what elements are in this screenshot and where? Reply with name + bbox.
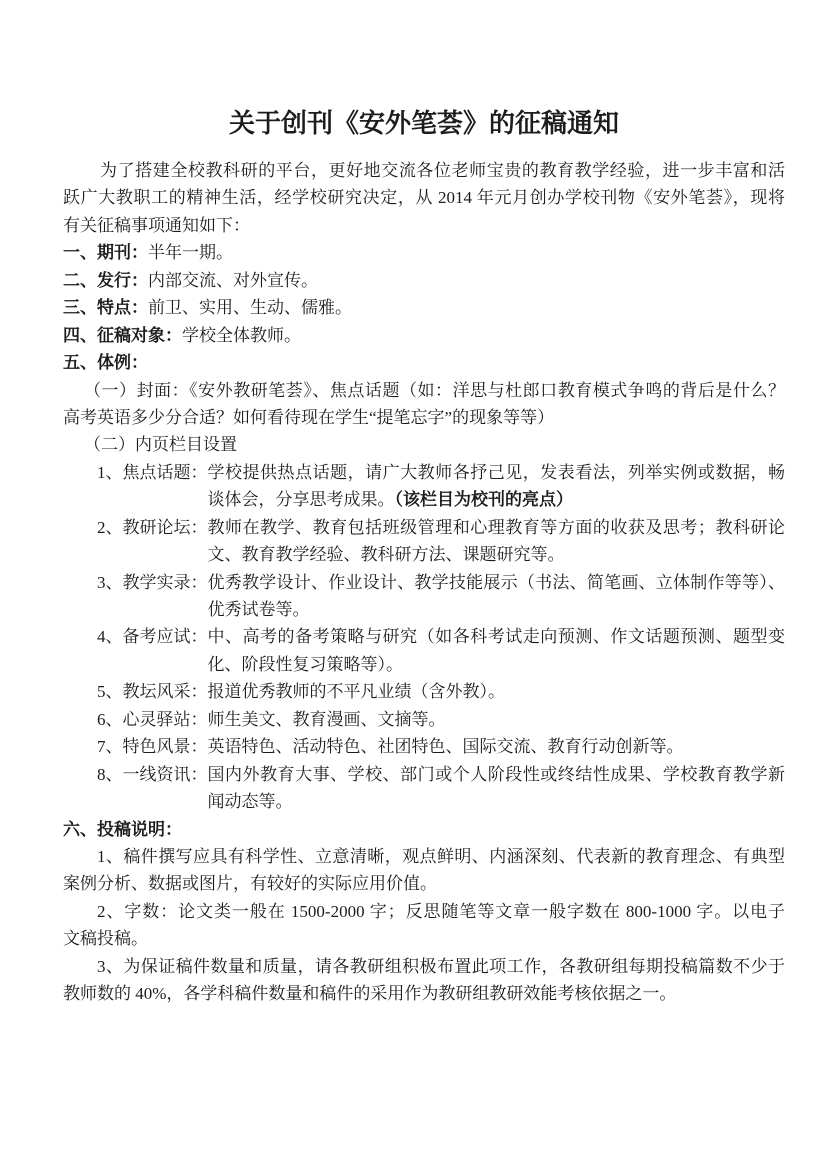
section-label: 二、发行： <box>63 271 148 290</box>
column-item-5: 5、教坛风采： 报道优秀教师的不平凡业绩（含外教）。 <box>63 678 785 705</box>
section-label: 四、征稿对象： <box>63 326 182 345</box>
section-text: 前卫、实用、生动、儒雅。 <box>148 298 352 317</box>
column-label: 6、心灵驿站： <box>97 706 208 733</box>
column-item-1: 1、焦点话题： 学校提供热点话题，请广大教师各抒己见，发表看法，列举实例或数据，… <box>63 459 785 514</box>
submission-p1-line-1: 1、稿件撰写应具有科学性、立意清晰，观点鲜明、内涵深刻、代表新的教育理念、有典型 <box>63 843 785 870</box>
submission-p2-line-1: 2、字数：论文类一般在 1500-2000 字；反思随笔等文章一般字数在 800… <box>63 898 785 925</box>
column-body: 学校提供热点话题，请广大教师各抒己见，发表看法，列举实例或数据，畅 谈体会，分享… <box>208 459 786 514</box>
submission-p2-line-2: 文稿投稿。 <box>63 925 785 952</box>
column-body: 英语特色、活动特色、社团特色、国际交流、教育行动创新等。 <box>208 733 786 760</box>
submission-p3-line-2: 教师数的 40%，各学科稿件数量和稿件的采用作为教研组教研效能考核依据之一。 <box>63 980 785 1007</box>
section-label: 一、期刊： <box>63 243 148 262</box>
section-heading-journal: 一、期刊：半年一期。 <box>63 239 785 266</box>
section-text: 学校全体教师。 <box>182 326 301 345</box>
section-text: 内部交流、对外宣传。 <box>148 271 318 290</box>
intro-line-3: 有关征稿事项通知如下： <box>63 212 785 239</box>
intro-line-2: 跃广大教职工的精神生活，经学校研究决定，从 2014 年元月创办学校刊物《安外笔… <box>63 184 785 211</box>
column-line: 学校提供热点话题，请广大教师各抒己见，发表看法，列举实例或数据，畅 <box>208 459 786 486</box>
column-item-4: 4、备考应试： 中、高考的备考策略与研究（如各科考试走向预测、作文话题预测、题型… <box>63 623 785 678</box>
column-label: 5、教坛风采： <box>97 678 208 705</box>
column-body: 中、高考的备考策略与研究（如各科考试走向预测、作文话题预测、题型变 化、阶段性复… <box>208 623 786 678</box>
column-body: 优秀教学设计、作业设计、教学技能展示（书法、简笔画、立体制作等等）、 优秀试卷等… <box>208 569 786 624</box>
section-label: 三、特点： <box>63 298 148 317</box>
document-page: 关于创刊《安外笔荟》的征稿通知 为了搭建全校教科研的平台，更好地交流各位老师宝贵… <box>0 0 827 1169</box>
column-item-7: 7、特色风景： 英语特色、活动特色、社团特色、国际交流、教育行动创新等。 <box>63 733 785 760</box>
cover-line-2: 高考英语多少分合适？如何看待现在学生“提笔忘字”的现象等等） <box>63 404 785 431</box>
column-body: 国内外教育大事、学校、部门或个人阶段性或终结性成果、学校教育教学新 闻动态等。 <box>208 761 786 816</box>
column-line: 教师在教学、教育包括班级管理和心理教育等方面的收获及思考；教科研论 <box>208 514 786 541</box>
column-item-3: 3、教学实录： 优秀教学设计、作业设计、教学技能展示（书法、简笔画、立体制作等等… <box>63 569 785 624</box>
column-line: 文、教育教学经验、教科研方法、课题研究等。 <box>208 541 786 568</box>
column-line: 优秀试卷等。 <box>208 596 786 623</box>
submission-p1-line-2: 案例分析、数据或图片，有较好的实际应用价值。 <box>63 870 785 897</box>
column-label: 8、一线资讯： <box>97 761 208 788</box>
cover-line-1: （一）封面：《安外教研笔荟》、焦点话题（如：洋思与杜郎口教育模式争鸣的背后是什么… <box>63 377 785 404</box>
section-heading-features: 三、特点：前卫、实用、生动、儒雅。 <box>63 294 785 321</box>
column-line: 谈体会，分享思考成果。（该栏目为校刊的亮点） <box>208 486 786 513</box>
section-heading-distribution: 二、发行：内部交流、对外宣传。 <box>63 267 785 294</box>
column-line: 报道优秀教师的不平凡业绩（含外教）。 <box>208 678 786 705</box>
column-label: 4、备考应试： <box>97 623 208 650</box>
column-line: 英语特色、活动特色、社团特色、国际交流、教育行动创新等。 <box>208 733 786 760</box>
column-line: 国内外教育大事、学校、部门或个人阶段性或终结性成果、学校教育教学新 <box>208 761 786 788</box>
column-item-6: 6、心灵驿站： 师生美文、教育漫画、文摘等。 <box>63 706 785 733</box>
intro-line-1: 为了搭建全校教科研的平台，更好地交流各位老师宝贵的教育教学经验，进一步丰富和活 <box>63 157 785 184</box>
column-label: 3、教学实录： <box>97 569 208 596</box>
document-title: 关于创刊《安外笔荟》的征稿通知 <box>63 103 785 143</box>
document-content: 关于创刊《安外笔荟》的征稿通知 为了搭建全校教科研的平台，更好地交流各位老师宝贵… <box>0 103 827 1008</box>
column-item-8: 8、一线资讯： 国内外教育大事、学校、部门或个人阶段性或终结性成果、学校教育教学… <box>63 761 785 816</box>
column-highlight-note: （该栏目为校刊的亮点） <box>395 490 574 509</box>
section-text: 半年一期。 <box>148 243 233 262</box>
column-line-text: 谈体会，分享思考成果。 <box>208 490 395 509</box>
column-line: 中、高考的备考策略与研究（如各科考试走向预测、作文话题预测、题型变 <box>208 623 786 650</box>
column-body: 报道优秀教师的不平凡业绩（含外教）。 <box>208 678 786 705</box>
column-item-2: 2、教研论坛： 教师在教学、教育包括班级管理和心理教育等方面的收获及思考；教科研… <box>63 514 785 569</box>
submission-p3-line-1: 3、为保证稿件数量和质量，请各教研组积极布置此项工作，各教研组每期投稿篇数不少于 <box>63 953 785 980</box>
column-line: 优秀教学设计、作业设计、教学技能展示（书法、简笔画、立体制作等等）、 <box>208 569 786 596</box>
column-body: 教师在教学、教育包括班级管理和心理教育等方面的收获及思考；教科研论 文、教育教学… <box>208 514 786 569</box>
column-body: 师生美文、教育漫画、文摘等。 <box>208 706 786 733</box>
inner-columns-header: （二）内页栏目设置 <box>63 431 785 458</box>
column-line: 闻动态等。 <box>208 788 786 815</box>
column-label: 1、焦点话题： <box>97 459 208 486</box>
column-line: 化、阶段性复习策略等）。 <box>208 651 786 678</box>
section-heading-audience: 四、征稿对象：学校全体教师。 <box>63 322 785 349</box>
column-line: 师生美文、教育漫画、文摘等。 <box>208 706 786 733</box>
section-label: 五、体例： <box>63 353 148 372</box>
column-label: 2、教研论坛： <box>97 514 208 541</box>
column-label: 7、特色风景： <box>97 733 208 760</box>
section-heading-style: 五、体例： <box>63 349 785 376</box>
submission-heading: 六、投稿说明： <box>63 816 785 843</box>
